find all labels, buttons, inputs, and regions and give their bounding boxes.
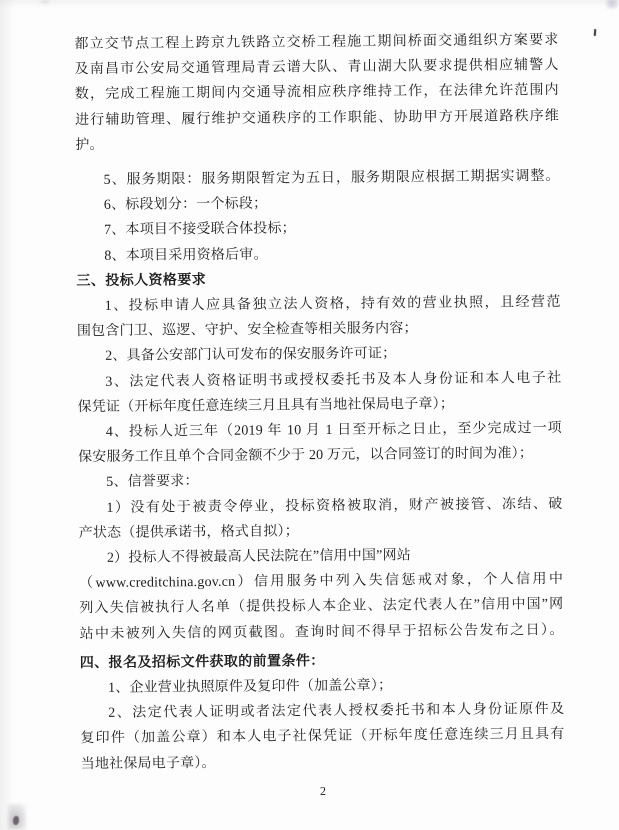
scan-edge-shadow-left [0,0,14,830]
text-line: 复印件（加盖公章）和本人电子社保凭证（开标年度任意连续三月且具有 [80,722,564,751]
ink-speck [594,29,596,36]
document-content: 都立交节点工程上跨京九铁路立交桥工程施工期间桥面交通组织方案要求及南昌市公安局交… [74,28,565,800]
scan-smudge-bottom-left [8,804,26,830]
text-line: 数，完成工程施工期间内交通导流相应秩序维持工作，在法律允许范围内 [75,78,559,107]
text-line: 站中未被列入失信的网页截图。查询时间不得早于招标公告发布之日）。 [79,618,563,647]
scan-smudge-top-right [606,0,618,9]
scan-smudge-top [40,0,50,4]
scan-edge-shadow-top [0,0,619,8]
text-line: 3、法定代表人资格证明书或授权委托书及本人身份证和本人电子社 [77,366,561,395]
scan-smudge-bottom-left-core [13,816,19,825]
text-line: 列入失信被执行人名单（提供投标人本企业、法定代表人在”信用中国”网 [79,592,563,621]
text-line: 进行辅助管理、履行维护交通秩序的工作职能、协助甲方开展道路秩序维 [75,104,559,133]
text-line: 5、服务期限：服务期限暂定为五日，服务期限应根据工期据实调整。 [76,164,560,193]
document-text-block: 都立交节点工程上跨京九铁路立交桥工程施工期间桥面交通组织方案要求及南昌市公安局交… [74,28,564,777]
text-line: 1）没有处于被责令停业，投标资格被取消，财产被接管、冻结、破 [78,492,562,521]
scanned-page: 都立交节点工程上跨京九铁路立交桥工程施工期间桥面交通组织方案要求及南昌市公安局交… [0,0,619,830]
text-line: 当地社保局电子章）。 [81,748,565,777]
page-number: 2 [81,782,565,800]
text-line: 保安服务工作且单个合同金额不少于 20 万元，以合同签订的时间为准）； [78,441,562,470]
text-line: 1、投标申请人应具备独立法人资格，持有效的营业执照，且经营范 [77,290,561,319]
text-line: 护。 [75,129,559,158]
